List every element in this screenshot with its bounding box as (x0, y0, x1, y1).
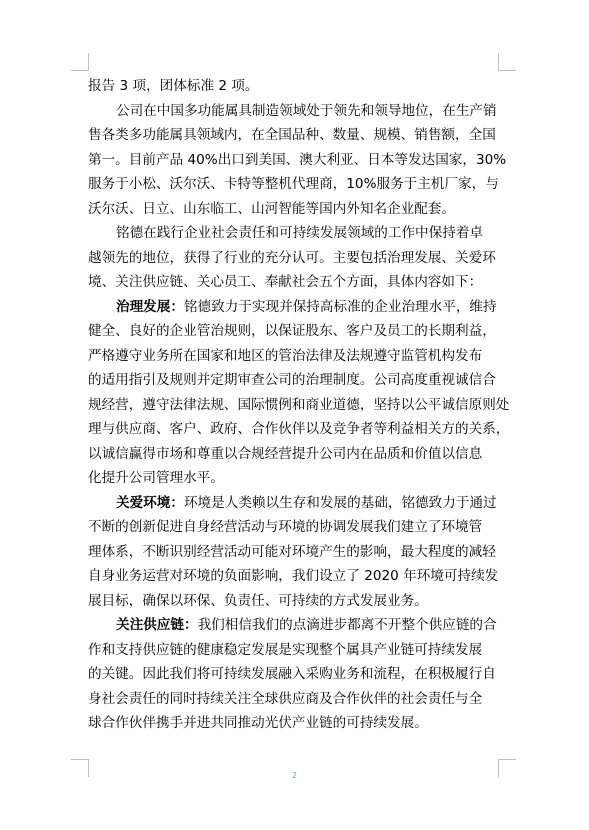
paragraph-line: 健全、良好的企业管治规则，以保证股东、客户及员工的长期利益， (88, 319, 500, 344)
paragraph-line: 的适用指引及规则并定期审查公司的治理制度。公司高度重视诚信合 (88, 368, 500, 393)
paragraph-line: 铭德在践行企业社会责任和可持续发展领域的工作中保持着卓 (88, 221, 500, 246)
paragraph-line: 治理发展：铭德致力于实现并保持高标准的企业治理水平，维持 (88, 295, 500, 320)
paragraph-line: 关注供应链：我们相信我们的点滴进步都离不开整个供应链的合 (88, 613, 500, 638)
paragraph-line: 球合作伙伴携手并进共同推动光伏产业链的可持续发展。 (88, 711, 500, 736)
paragraph-line: 身社会责任的同时持续关注全球供应商及合作伙伴的社会责任与全 (88, 687, 500, 712)
paragraph-line: 严格遵守业务所在国家和地区的管治法律及法规遵守监管机构发布 (88, 344, 500, 369)
paragraph-text: 我们相信我们的点滴进步都离不开整个供应链的合 (198, 617, 497, 633)
paragraph-text: 环境是人类赖以生存和发展的基础，铭德致力于通过 (184, 495, 497, 511)
paragraph-line: 不断的创新促进自身经营活动与环境的协调发展我们建立了环境管 (88, 515, 500, 540)
paragraph-line: 越领先的地位，获得了行业的充分认可。主要包括治理发展、关爱环 (88, 246, 500, 271)
paragraph-line: 售各类多功能属具领域内，在全国品种、数量、规模、销售额，全国 (88, 123, 500, 148)
section-heading-environment: 关爱环境： (116, 495, 184, 511)
paragraph-line: 报告 3 项，团体标准 2 项。 (88, 74, 500, 99)
paragraph-line: 公司在中国多功能属具制造领域处于领先和领导地位，在生产销 (88, 99, 500, 124)
document-page: 报告 3 项，团体标准 2 项。 公司在中国多功能属具制造领域处于领先和领导地位… (0, 0, 589, 830)
paragraph-line: 理体系，不断识别经营活动可能对环境产生的影响，最大程度的减轻 (88, 540, 500, 565)
paragraph-line: 理与供应商、客户、政府、合作伙伴以及竞争者等利益相关方的关系， (88, 417, 500, 442)
page-number: 2 (0, 771, 589, 780)
paragraph-line: 作和支持供应链的健康稳定发展是实现整个属具产业链可持续发展 (88, 638, 500, 663)
crop-mark-top-left (71, 53, 89, 71)
paragraph-line: 展目标，确保以环保、负责任、可持续的方式发展业务。 (88, 589, 500, 614)
paragraph-line: 化提升公司管理水平。 (88, 466, 500, 491)
paragraph-line: 沃尔沃、日立、山东临工、山河智能等国内外知名企业配套。 (88, 197, 500, 222)
paragraph-text: 铭德致力于实现并保持高标准的企业治理水平，维持 (184, 299, 497, 315)
section-heading-supply-chain: 关注供应链： (116, 617, 198, 633)
paragraph-line: 第一。目前产品 40%出口到美国、澳大利亚、日本等发达国家，30% (88, 148, 500, 173)
paragraph-line: 关爱环境：环境是人类赖以生存和发展的基础，铭德致力于通过 (88, 491, 500, 516)
paragraph-line: 境、关注供应链、关心员工、奉献社会五个方面，具体内容如下： (88, 270, 500, 295)
document-body: 报告 3 项，团体标准 2 项。 公司在中国多功能属具制造领域处于领先和领导地位… (88, 74, 500, 736)
paragraph-line: 服务于小松、沃尔沃、卡特等整机代理商，10%服务于主机厂家，与 (88, 172, 500, 197)
paragraph-line: 自身业务运营对环境的负面影响，我们设立了 2020 年环境可持续发 (88, 564, 500, 589)
crop-mark-top-right (498, 53, 516, 71)
section-heading-governance: 治理发展： (116, 299, 184, 315)
paragraph-line: 规经营，遵守法律法规、国际惯例和商业道德，坚持以公平诚信原则处 (88, 393, 500, 418)
paragraph-line: 以诚信赢得市场和尊重以合规经营提升公司内在品质和价值以信息 (88, 442, 500, 467)
paragraph-line: 的关键。因此我们将可持续发展融入采购业务和流程，在积极履行自 (88, 662, 500, 687)
